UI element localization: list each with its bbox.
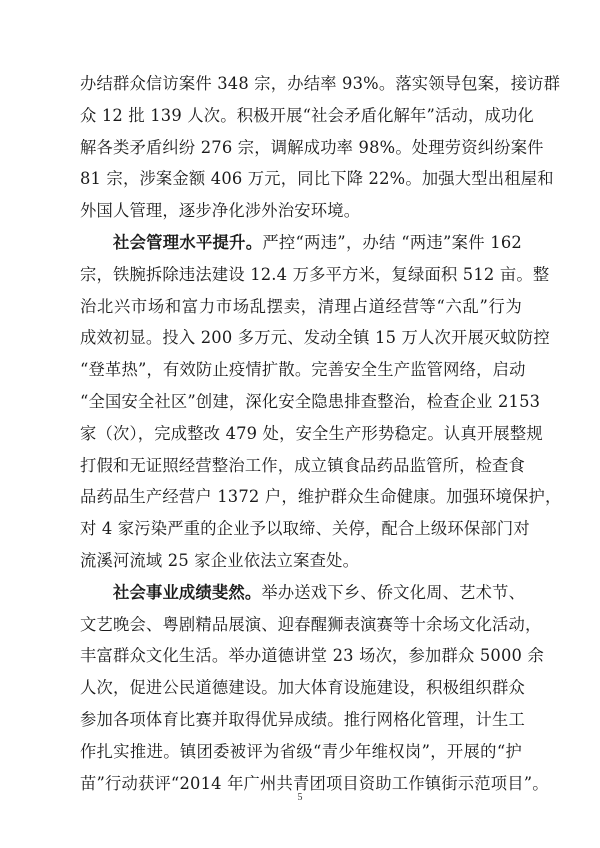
- text-line: 众 12 批 139 人次。积极开展“社会矛盾化解年”活动，成功化: [80, 100, 522, 132]
- paragraph-heading: 社会事业成绩斐然。: [113, 583, 261, 602]
- paragraph-first-line: 社会管理水平提升。严控“两违”，办结 “两违”案件 162: [80, 227, 522, 259]
- text-line: 治北兴市场和富力市场乱摆卖，清理占道经营等“六乱”行为: [80, 291, 522, 323]
- text-line: “全国安全社区”创建，深化安全隐患排查整治，检查企业 2153: [80, 386, 522, 418]
- text-line: 流溪河流域 25 家企业依法立案查处。: [80, 545, 522, 577]
- text-line: 打假和无证照经营整治工作，成立镇食品药品监管所，检查食: [80, 450, 522, 482]
- text-span: 举办送戏下乡、侨文化周、艺术节、: [261, 583, 525, 602]
- text-line: 参加各项体育比赛并取得优异成绩。推行网格化管理，计生工: [80, 704, 522, 736]
- text-line: 对 4 家污染严重的企业予以取缔、关停，配合上级环保部门对: [80, 513, 522, 545]
- text-line: 人次，促进公民道德建设。加大体育设施建设，积极组织群众: [80, 672, 522, 704]
- paragraph-heading: 社会管理水平提升。: [113, 233, 262, 252]
- text-line: 家（次），完成整改 479 处，安全生产形势稳定。认真开展整规: [80, 418, 522, 450]
- page-number: 5: [0, 792, 600, 803]
- body-text: 办结群众信访案件 348 宗，办结率 93%。落实领导包案，接访群 众 12 批…: [80, 68, 522, 799]
- text-line: 外国人管理，逐步净化涉外治安环境。: [80, 195, 522, 227]
- text-line: 成效初显。投入 200 多万元、发动全镇 15 万人次开展灭蚊防控: [80, 322, 522, 354]
- text-line: 81 宗，涉案金额 406 万元，同比下降 22%。加强大型出租屋和: [80, 163, 522, 195]
- text-line: “登革热”，有效防止疫情扩散。完善安全生产监管网络，启动: [80, 354, 522, 386]
- document-page: 办结群众信访案件 348 宗，办结率 93%。落实领导包案，接访群 众 12 批…: [0, 0, 600, 848]
- text-line: 作扎实推进。镇团委被评为省级“青少年维权岗”，开展的“护: [80, 736, 522, 768]
- text-line: 品药品生产经营户 1372 户，维护群众生命健康。加强环境保护，: [80, 481, 522, 513]
- text-span: 严控“两违”，办结 “两违”案件 162: [262, 233, 522, 252]
- text-line: 宗，铁腕拆除违法建设 12.4 万多平方米，复绿面积 512 亩。整: [80, 259, 522, 291]
- paragraph-first-line: 社会事业成绩斐然。举办送戏下乡、侨文化周、艺术节、: [80, 577, 522, 609]
- text-line: 文艺晚会、粤剧精品展演、迎春醒狮表演赛等十余场文化活动，: [80, 609, 522, 641]
- text-line: 解各类矛盾纠纷 276 宗，调解成功率 98%。处理劳资纠纷案件: [80, 132, 522, 164]
- text-line: 办结群众信访案件 348 宗，办结率 93%。落实领导包案，接访群: [80, 68, 522, 100]
- text-line: 丰富群众文化生活。举办道德讲堂 23 场次，参加群众 5000 余: [80, 640, 522, 672]
